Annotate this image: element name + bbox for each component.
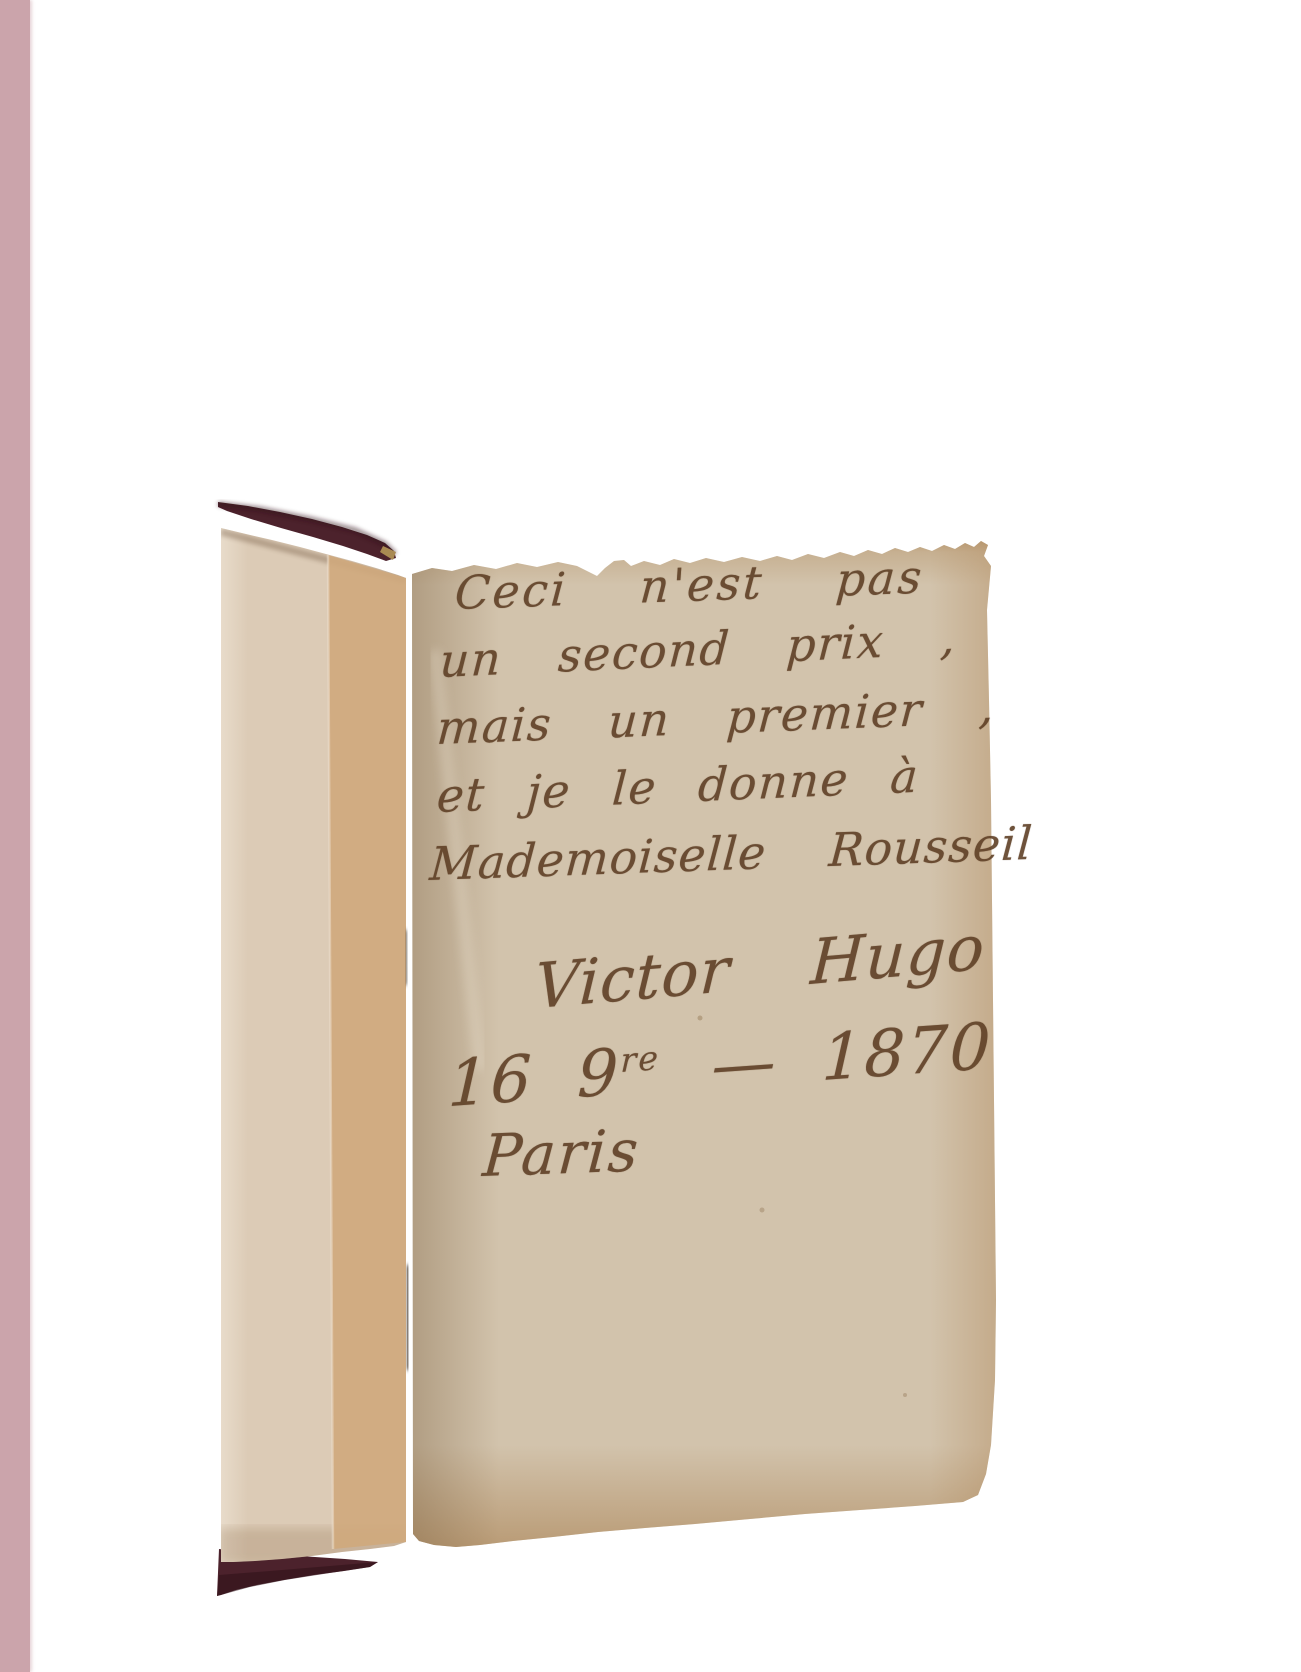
date-day-month: 16 9 [447,1036,622,1122]
book-photo: Ceci n'est pas un second prix , mais un … [0,0,1301,1672]
foxing-spot [698,1016,703,1021]
pastedown-left-highlight [218,520,248,1570]
gutter-shadow-dark-segment [407,1265,408,1370]
date-month-superscript: re [620,1038,661,1080]
foxing-spot [903,1393,907,1397]
catalog-page: Ceci n'est pas un second prix , mais un … [0,0,1301,1672]
gutter-shadow-dark-segment [406,930,407,985]
place-line: Paris [481,1116,643,1190]
foxing-spot [760,1208,765,1213]
hinge-fold-strip [328,555,406,1549]
